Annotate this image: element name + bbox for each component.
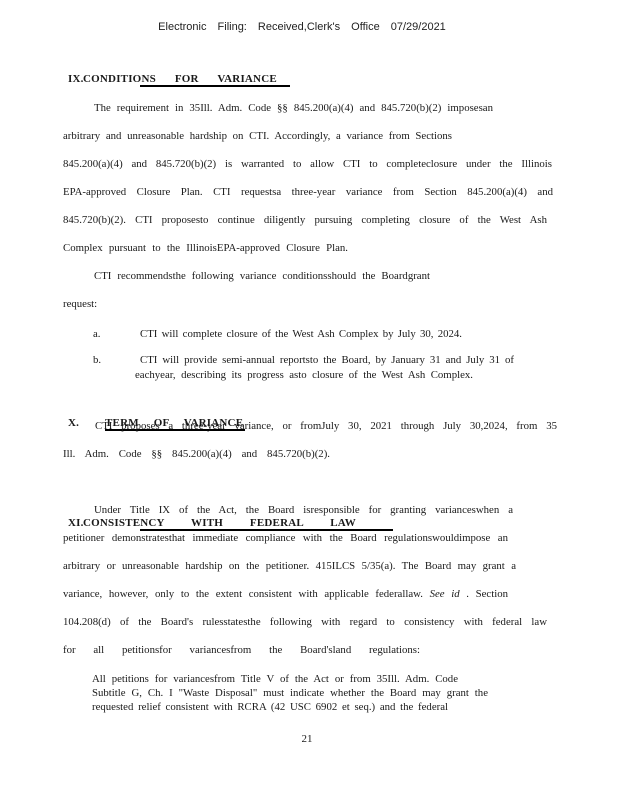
text-line: petitioner demonstratesthat immediate co… bbox=[63, 524, 508, 552]
list-item-text: CTI will provide semi-annual reportsto t… bbox=[140, 353, 514, 368]
paragraph: The requirement in 35Ill. Adm. Code §§ 8… bbox=[63, 94, 555, 262]
text-line: Ill. Adm. Code §§ 845.200(a)(4) and 845.… bbox=[63, 440, 330, 468]
text-line: 845.200(a)(4) and 845.720(b)(2) is warra… bbox=[63, 150, 552, 178]
text-line: arbitrary and unreasonable hardship on C… bbox=[63, 122, 452, 150]
document-page: Electronic Filing: Received,Clerk's Offi… bbox=[0, 0, 618, 800]
text-line: EPA-approved Closure Plan. CTI requestsa… bbox=[63, 178, 553, 206]
text-line: Complex pursuant to the IllinoisEPA-appr… bbox=[63, 234, 348, 262]
blockquote-line: requested relief consistent with RCRA (4… bbox=[92, 700, 448, 714]
text-line: variance, however, only to the extent co… bbox=[63, 580, 508, 608]
text-line: Under Title IX of the Act, the Board isr… bbox=[94, 496, 513, 524]
text-line: 104.208(d) of the Board's rulesstatesthe… bbox=[63, 608, 547, 636]
paragraph: Under Title IX of the Act, the Board isr… bbox=[63, 496, 555, 664]
citation-italic: See id bbox=[430, 588, 460, 600]
text-line: request: bbox=[63, 290, 555, 318]
document-body: IX. CONDITIONS FOR VARIANCE The requirem… bbox=[63, 0, 555, 60]
text-line: arbitrary or unreasonable hardship on th… bbox=[63, 552, 516, 580]
text-line: for all petitionsfor variancesfrom the B… bbox=[63, 636, 420, 664]
section-numeral: IX. bbox=[68, 72, 84, 86]
blockquote-line: All petitions for variancesfrom Title V … bbox=[92, 672, 458, 686]
heading-underline bbox=[140, 85, 290, 87]
section-title: CONDITIONS FOR VARIANCE bbox=[83, 72, 277, 86]
blockquote: All petitions for variancesfrom Title V … bbox=[63, 672, 555, 714]
text-line: The requirement in 35Ill. Adm. Code §§ 8… bbox=[94, 94, 493, 122]
list-item-label: b. bbox=[93, 353, 101, 368]
text-line: CTI recommendsthe following variance con… bbox=[94, 262, 430, 290]
text-segment: . Section bbox=[460, 588, 508, 600]
text-segment: variance, however, only to the extent co… bbox=[63, 588, 423, 600]
paragraph: CTI proposes a three-year variance, or f… bbox=[63, 412, 555, 468]
blockquote-line: Subtitle G, Ch. I "Waste Disposal" must … bbox=[92, 686, 488, 700]
section-heading-ix: IX. CONDITIONS FOR VARIANCE bbox=[63, 70, 555, 90]
list-item-label: a. bbox=[93, 320, 101, 348]
text-line: CTI proposes a three-year variance, or f… bbox=[95, 412, 557, 440]
list-item-b: b. CTI will provide semi-annual reportst… bbox=[63, 353, 555, 382]
list-item-text: CTI will complete closure of the West As… bbox=[140, 320, 462, 348]
list-item-a: a. CTI will complete closure of the West… bbox=[63, 320, 555, 348]
list-item-text: eachyear, describing its progress asto c… bbox=[135, 368, 473, 383]
paragraph: CTI recommendsthe following variance con… bbox=[63, 262, 555, 318]
page-number: 21 bbox=[0, 732, 614, 746]
text-line: 845.720(b)(2). CTI proposesto continue d… bbox=[63, 206, 547, 234]
